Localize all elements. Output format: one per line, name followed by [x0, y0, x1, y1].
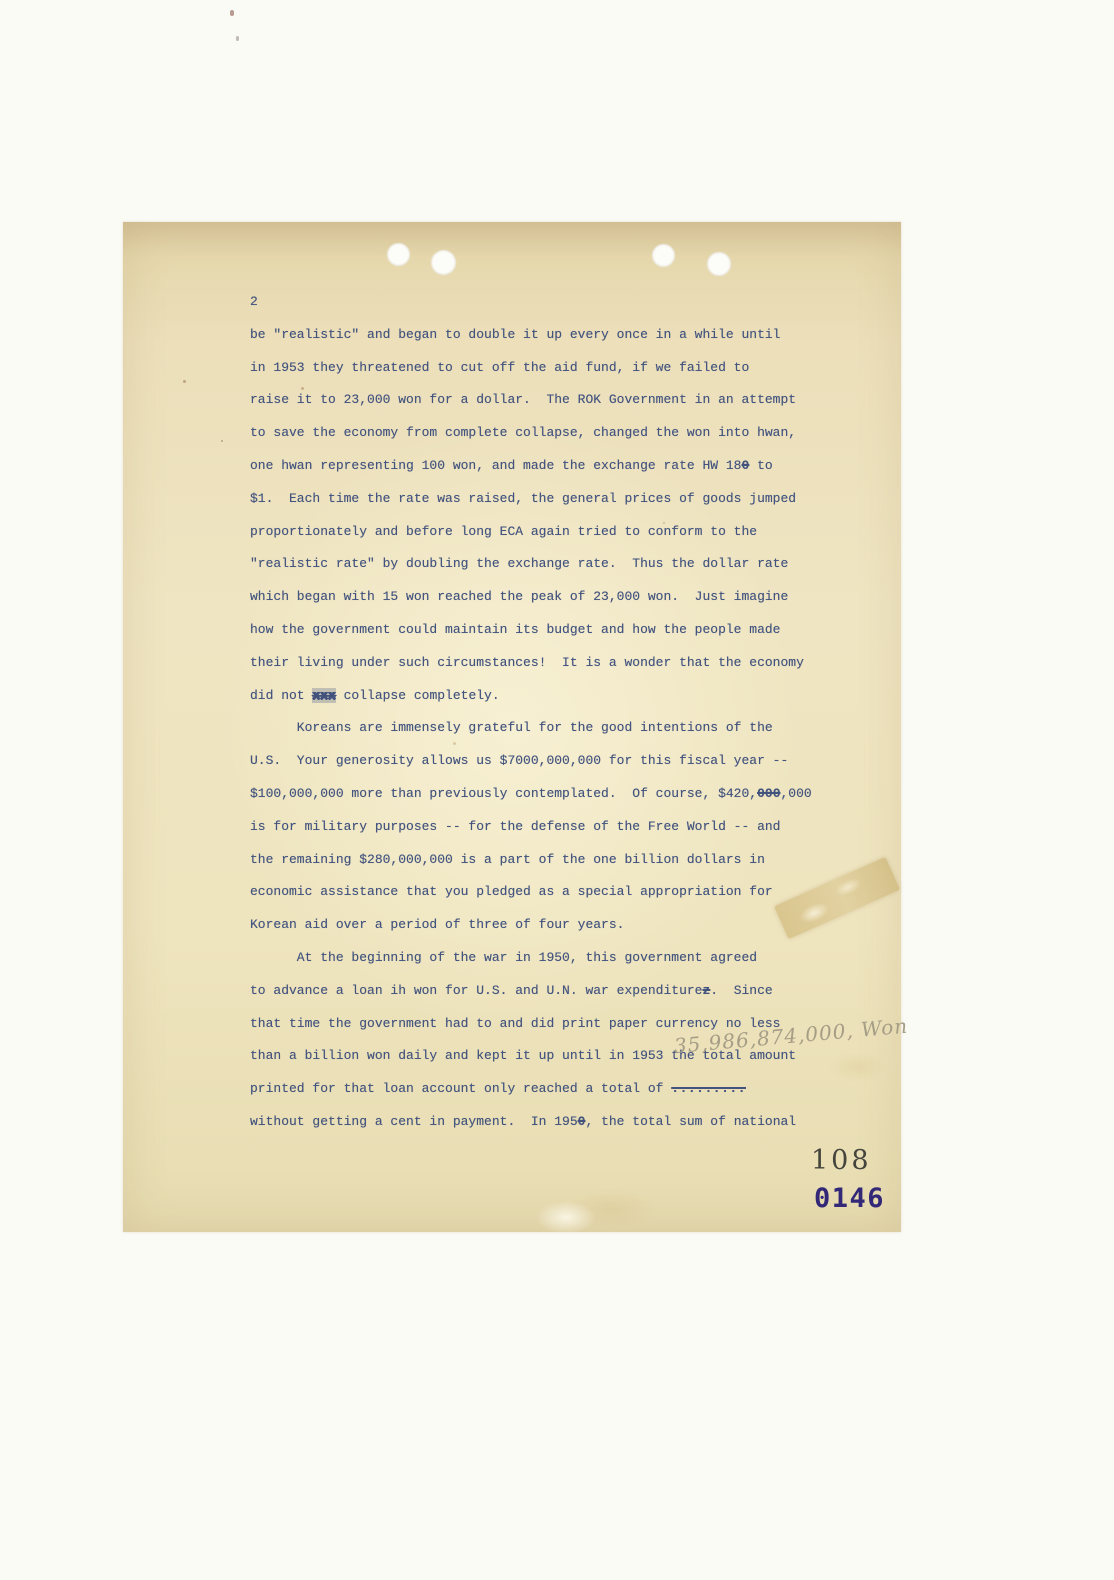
document-line: raise it to 23,000 won for a dollar. The…: [250, 384, 850, 417]
paper-stain: [521, 1174, 671, 1232]
dust-speck: [183, 380, 186, 383]
document-line: economic assistance that you pledged as …: [250, 876, 850, 909]
document-line: be "realistic" and began to double it up…: [250, 319, 850, 352]
document-line: Koreans are immensely grateful for the g…: [250, 712, 850, 745]
typed-text: Koreans are immensely grateful for the g…: [250, 720, 773, 735]
struck-text: .........: [671, 1081, 746, 1096]
stamped-page-id: 0146: [814, 1183, 885, 1214]
typed-text: Korean aid over a period of three of fou…: [250, 917, 624, 932]
typed-text: raise it to 23,000 won for a dollar. The…: [250, 392, 796, 407]
typed-text: economic assistance that you pledged as …: [250, 884, 773, 899]
document-line: At the beginning of the war in 1950, thi…: [250, 942, 850, 975]
typed-text: U.S. Your generosity allows us $7000,000…: [250, 753, 788, 768]
document-line: to save the economy from complete collap…: [250, 417, 850, 450]
typed-text: did not: [250, 688, 312, 703]
typed-text: is for military purposes -- for the defe…: [250, 819, 781, 834]
typed-text: , the total sum of national: [585, 1114, 796, 1129]
typed-text: $1. Each time the rate was raised, the g…: [250, 491, 796, 506]
scan-background: 2be "realistic" and began to double it u…: [0, 0, 1114, 1580]
document-line: which began with 15 won reached the peak…: [250, 581, 850, 614]
document-line: is for military purposes -- for the defe…: [250, 811, 850, 844]
document-line: did not xxx collapse completely.: [250, 680, 850, 713]
typed-text: without getting a cent in payment. In 19…: [250, 1114, 578, 1129]
document-line: the remaining $280,000,000 is a part of …: [250, 844, 850, 877]
document-line: in 1953 they threatened to cut off the a…: [250, 352, 850, 385]
document-line: how the government could maintain its bu…: [250, 614, 850, 647]
typed-text: printed for that loan account only reach…: [250, 1081, 671, 1096]
document-line: U.S. Your generosity allows us $7000,000…: [250, 745, 850, 778]
typed-text: that time the government had to and did …: [250, 1016, 781, 1031]
typed-text: to advance a loan ih won for U.S. and U.…: [250, 983, 702, 998]
document-line: $100,000,000 more than previously contem…: [250, 778, 850, 811]
typed-text: how the government could maintain its bu…: [250, 622, 781, 637]
document-line: without getting a cent in payment. In 19…: [250, 1106, 850, 1139]
document-line: one hwan representing 100 won, and made …: [250, 450, 850, 483]
punch-hole: [652, 244, 675, 267]
dust-speck: [230, 10, 234, 16]
document-line: Korean aid over a period of three of fou…: [250, 909, 850, 942]
typed-text: to: [749, 458, 772, 473]
typed-text: proportionately and before long ECA agai…: [250, 524, 757, 539]
typed-text: their living under such circumstances! I…: [250, 655, 804, 670]
typed-text: one hwan representing 100 won, and made …: [250, 458, 741, 473]
typed-text: which began with 15 won reached the peak…: [250, 589, 788, 604]
struck-text: 000: [757, 786, 780, 801]
page-number: 2: [250, 286, 850, 319]
document-line: to advance a loan ih won for U.S. and U.…: [250, 975, 850, 1008]
typed-text: "realistic rate" by doubling the exchang…: [250, 556, 788, 571]
typed-text: 2: [250, 294, 258, 309]
typed-text: be "realistic" and began to double it up…: [250, 327, 781, 342]
document-line: their living under such circumstances! I…: [250, 647, 850, 680]
typed-text: the remaining $280,000,000 is a part of …: [250, 852, 765, 867]
paper-stain: [813, 1042, 903, 1092]
typed-text: in 1953 they threatened to cut off the a…: [250, 360, 749, 375]
typed-text: At the beginning of the war in 1950, thi…: [250, 950, 757, 965]
struck-text: xxx: [312, 688, 335, 703]
typed-text: ,000: [781, 786, 812, 801]
punch-hole: [387, 243, 410, 266]
document-line: $1. Each time the rate was raised, the g…: [250, 483, 850, 516]
typed-text: collapse completely.: [336, 688, 500, 703]
typed-text: . Since: [710, 983, 772, 998]
punch-hole: [431, 250, 456, 275]
typed-text: to save the economy from complete collap…: [250, 425, 796, 440]
typed-text: $100,000,000 more than previously contem…: [250, 786, 757, 801]
document-line: "realistic rate" by doubling the exchang…: [250, 548, 850, 581]
document-line: printed for that loan account only reach…: [250, 1073, 850, 1106]
dust-speck: [236, 36, 239, 41]
typed-page-id: 108: [811, 1145, 872, 1176]
dust-speck: [221, 440, 223, 442]
typed-text-block: 2be "realistic" and began to double it u…: [250, 286, 850, 1139]
document-page: 2be "realistic" and began to double it u…: [123, 222, 901, 1232]
document-line: proportionately and before long ECA agai…: [250, 516, 850, 549]
punch-hole: [707, 252, 731, 276]
